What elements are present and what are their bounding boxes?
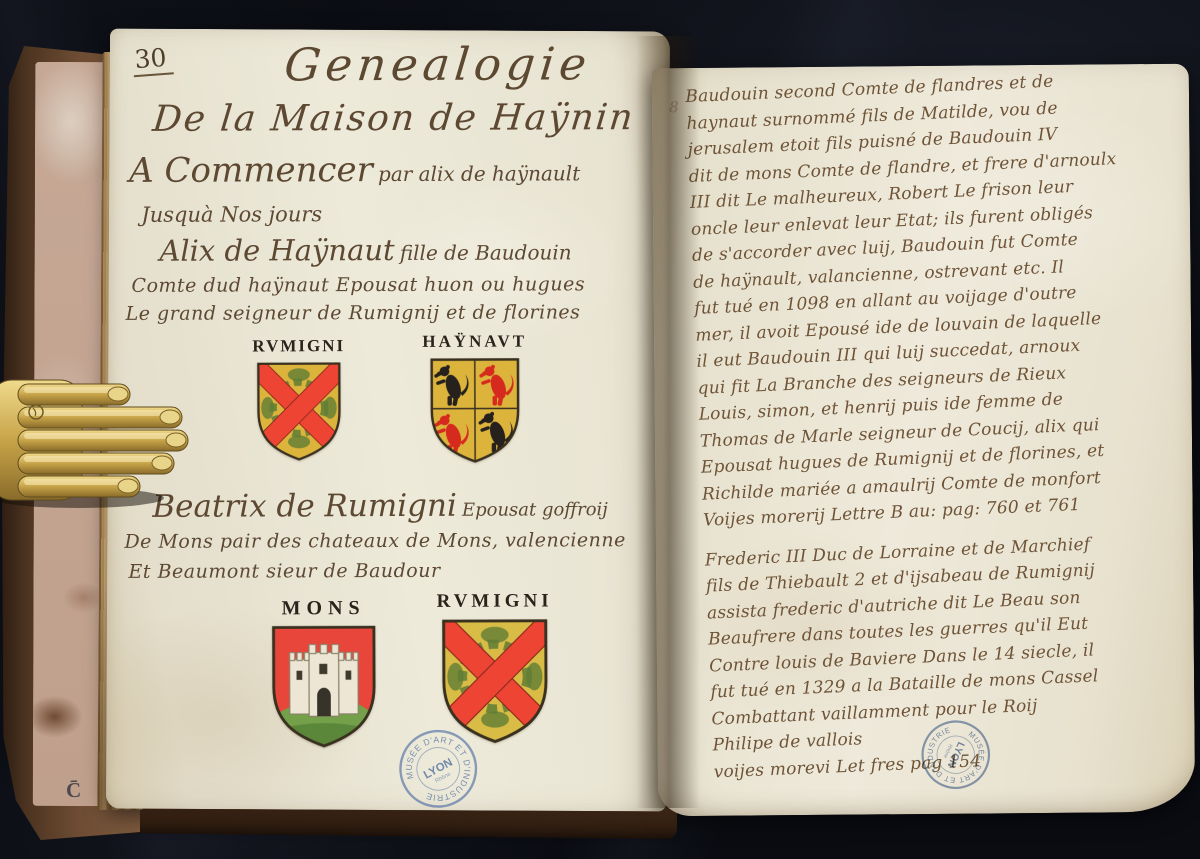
shield-label-haynaut: HAŸNAVT [422,332,527,352]
title-line-4: Jusquà Nos jours [141,202,322,227]
quire-signature: C̄ [66,778,82,804]
title-line-1: Genealogie [282,37,594,91]
beatrix-line-1: Beatrix de Rumigni Epousat goffroij [152,487,608,525]
coat-of-arms-mons: MONS [267,598,382,749]
beatrix-name: Beatrix de Rumigni [152,488,457,525]
shield-rumigni-graphic [253,356,345,462]
baudouin-paragraph: Baudouin second Comte de flandres et de … [685,64,1181,534]
beatrix-rest: Epousat goffroij [462,499,608,521]
right-page-text: Baudouin second Comte de flandres et de … [685,64,1192,785]
alix-line-2: Comte dud haÿnaut Epousat huon ou hugues [131,273,585,297]
right-page: 8 Baudouin second Comte de flandres et d… [652,64,1196,817]
alix-line-1: Alix de Haÿnaut fille de Baudouin [159,232,571,267]
shield-label-rumigni-2: RVMIGNI [437,591,553,611]
coat-of-arms-haynaut: HAŸNAVT [426,332,524,465]
title-line-2: De la Maison de Haÿnin [151,97,637,140]
title-line-3-small: par alix de haÿnault [378,161,580,186]
brass-hand-clasp [0,374,192,508]
manuscript-photo: C̄ 30 Genealogie De la Maison de Haÿnin … [0,0,1200,859]
alix-line-3: Le grand seigneur de Rumignij et de flor… [126,301,581,325]
coat-of-arms-rumigni-1: RVMIGNI [253,336,345,462]
page-number: 30 [132,42,174,77]
shield-label-mons: MONS [282,598,366,618]
shield-mons-graphic [267,618,381,749]
shield-haynaut-graphic [426,352,524,465]
title-line-3: A Commencer par alix de haÿnault [129,149,580,191]
alix-name: Alix de Haÿnaut [159,233,394,268]
beatrix-line-3: Et Beaumont sieur de Baudour [128,560,440,583]
shield-label-rumigni-1: RVMIGNI [252,336,345,356]
beatrix-line-2: De Mons pair des chateaux de Mons, valen… [124,529,626,553]
title-line-3-large: A Commencer [129,150,373,191]
corner-page-mark: 8 [669,98,679,116]
alix-rest: fille de Baudouin [400,240,572,265]
